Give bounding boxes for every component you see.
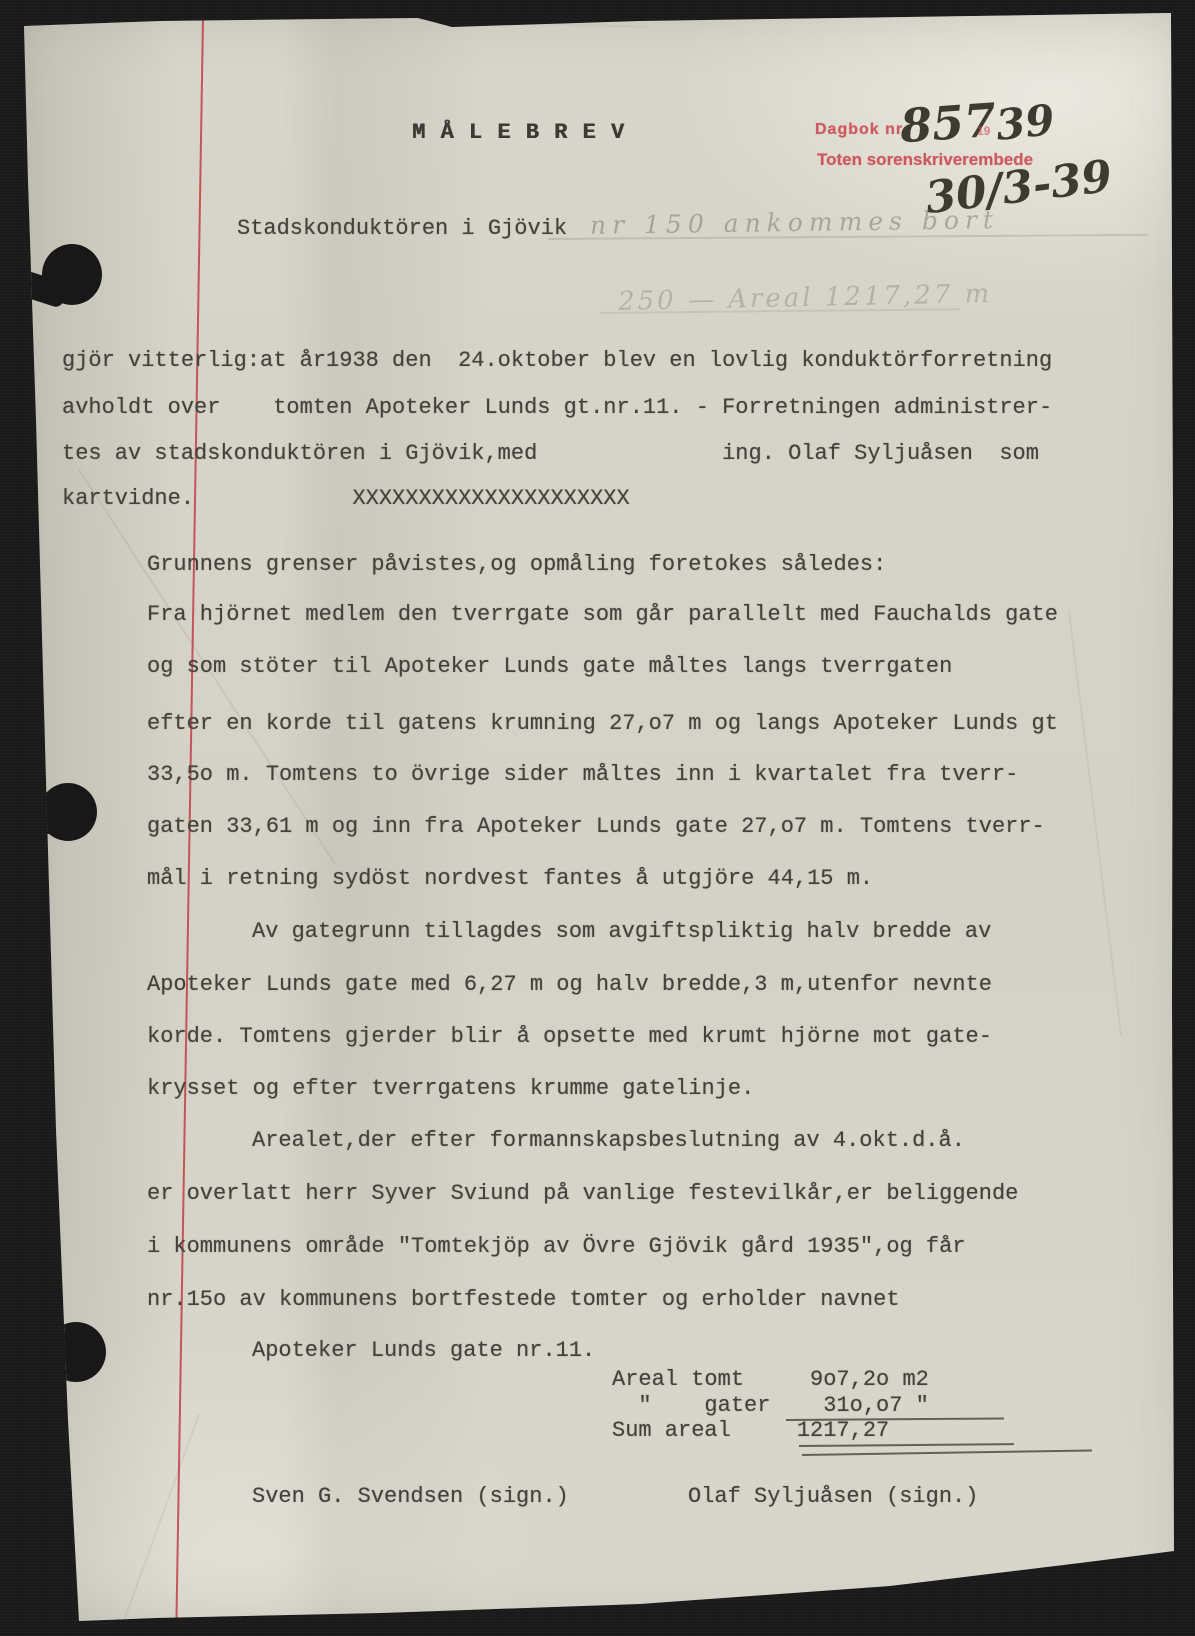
typed-line: Apoteker Lunds gate med 6,27 m og halv b… <box>147 971 992 999</box>
typed-line: og som stöter til Apoteker Lunds gate må… <box>147 653 952 681</box>
typed-line: er overlatt herr Syver Sviund på vanlige… <box>147 1180 1018 1208</box>
paper-crease <box>117 1414 200 1636</box>
document-title: M Å L E B R E V <box>412 120 625 145</box>
typed-line: Grunnens grenser påvistes,og opmåling fo… <box>147 551 886 579</box>
typed-line: korde. Tomtens gjerder blir å opsette me… <box>147 1023 992 1051</box>
signature-line: Olaf Syljuåsen (sign.) <box>688 1483 978 1511</box>
stamp-label: Dagbok nr. <box>815 121 908 139</box>
area-table-row: Sum areal 1217,27 <box>612 1417 889 1445</box>
typed-line: 33,5o m. Tomtens to övrige sider måltes … <box>147 761 1018 789</box>
stamp-year-prefix: 19 <box>977 124 990 138</box>
addressee-line: Stadskonduktören i Gjövik <box>237 215 567 243</box>
typed-line: tes av stadskonduktören i Gjövik,med ing… <box>62 440 1039 468</box>
table-underline <box>786 1417 1004 1421</box>
table-underline <box>802 1449 1092 1456</box>
typed-line: avholdt over tomten Apoteker Lunds gt.nr… <box>62 394 1052 422</box>
typed-line: kartvidne. XXXXXXXXXXXXXXXXXXXXX <box>62 485 630 513</box>
typed-line: gaten 33,61 m og inn fra Apoteker Lunds … <box>147 813 1045 841</box>
signature-line: Sven G. Svendsen (sign.) <box>252 1483 569 1511</box>
typed-line: i kommunens område "Tomtekjöp av Övre Gj… <box>147 1233 966 1261</box>
typed-line: efter en korde til gatens krumning 27,o7… <box>147 710 1058 738</box>
document-page: M Å L E B R E V Stadskonduktören i Gjövi… <box>0 0 1195 1636</box>
paper-crease <box>1068 610 1122 1037</box>
area-table-row: " gater 31o,o7 " <box>612 1392 929 1420</box>
typed-line: nr.15o av kommunens bortfestede tomter o… <box>147 1286 900 1314</box>
area-table-row: Areal tomt 9o7,2o m2 <box>612 1366 929 1394</box>
typed-line: Fra hjörnet medlem den tverrgate som går… <box>147 601 1058 629</box>
stamp-number-handwritten: 857 <box>898 93 998 154</box>
typed-line: Arealet,der efter formannskapsbeslutning… <box>252 1127 965 1155</box>
typed-line: krysset og efter tverrgatens krumme gate… <box>147 1075 754 1103</box>
typed-line: Apoteker Lunds gate nr.11. <box>252 1337 595 1365</box>
stamp-year-handwritten: 39 <box>994 95 1057 150</box>
typed-line: gjör vitterlig:at år1938 den 24.oktober … <box>62 347 1052 375</box>
typed-line: mål i retning sydöst nordvest fantes å u… <box>147 865 873 893</box>
typed-line: Av gategrunn tillagdes som avgiftsplikti… <box>252 918 991 946</box>
